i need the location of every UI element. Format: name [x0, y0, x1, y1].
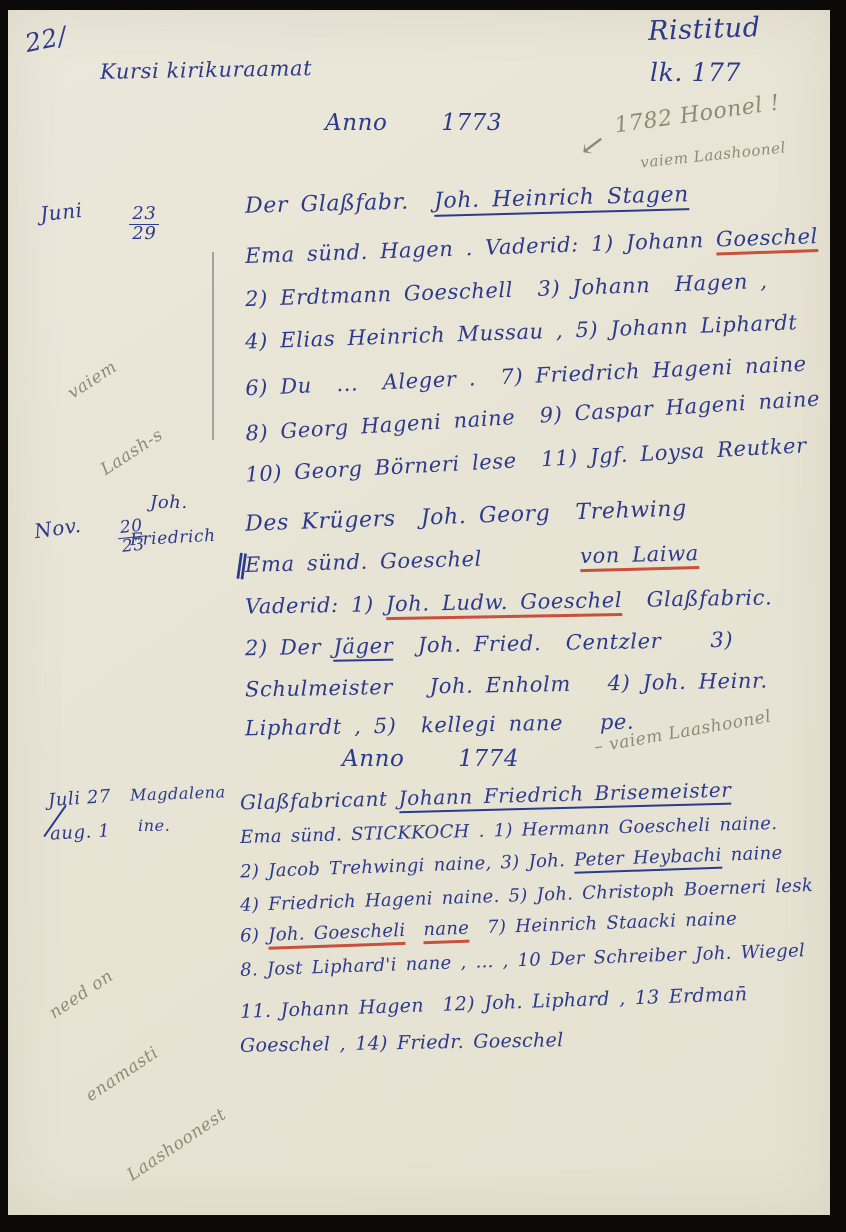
pencil-note-1782: 1782 Hoonel ! — [613, 91, 781, 139]
page-number-ref: lk. 177 — [650, 58, 741, 87]
red-underlined-word: nane — [423, 918, 470, 945]
margin-month-juni: Juni — [39, 198, 84, 226]
pencil-line: need on — [43, 953, 133, 1027]
underlined-word: Jäger — [333, 634, 393, 662]
red-underlined-name: Goeschel — [716, 224, 819, 256]
anno-1774-heading: Anno 1774 — [342, 746, 519, 772]
manuscript-page: 22/ Kursi kirikuraamat Ristitud lk. 177 … — [8, 10, 830, 1215]
entry3-line5: 6) Joh. Goescheli nane 7) Heinrich Staac… — [240, 908, 738, 946]
line-text: Der Glaßfabr. — [245, 189, 435, 219]
anno-1773-heading: Anno 1773 — [325, 110, 502, 136]
entry3-line8: Goeschel , 14) Friedr. Goeschel — [240, 1029, 564, 1057]
day-bottom: 29 — [132, 225, 156, 244]
red-underlined-name: Joh. Ludw. Goeschel — [386, 588, 623, 620]
line-text — [405, 919, 424, 941]
underlined-name: Joh. Heinrich Stagen — [434, 182, 690, 217]
entry1-line2: Ema sünd. Hagen . Vaderid: 1) Johann Goe… — [245, 224, 819, 268]
margin-name-friedrich: Friedrich — [130, 526, 217, 550]
pencil-line: vaiem — [63, 354, 125, 407]
line-text: Ema sünd. Goeschel — [245, 544, 581, 577]
margin-date-fraction-juni: 2329 — [104, 182, 159, 265]
margin-pencil-vaiem-laash: vaiem Laash-s — [33, 308, 198, 521]
entry1-line7: 10) Georg Börneri lese 11) Jgf. Loysa Re… — [245, 433, 808, 486]
underlined-name: Peter Heybachi — [574, 845, 722, 874]
margin-pencil-rule — [212, 252, 214, 440]
margin-month-nov: Nov. — [33, 513, 83, 543]
line-text: Joh. Fried. Centzler 3) — [393, 628, 733, 658]
line-text: Ema sünd. Hagen . Vaderid: 1) Johann — [245, 228, 717, 268]
margin-pencil-need-on-enamasti: need on enamasti Laashoonest — [0, 904, 267, 1232]
line-text: 6) — [240, 925, 269, 947]
margin-date-juli27: Juli 27 — [47, 786, 111, 811]
entry3-line7: 11. Johann Hagen 12) Joh. Liphard , 13 E… — [240, 983, 748, 1023]
entry2-line5: Schulmeister Joh. Enholm 4) Joh. Heinr. — [245, 668, 768, 701]
entry1-line3: 2) Erdtmann Goeschell 3) Johann Hagen , — [245, 269, 768, 311]
entry2-line4: 2) Der Jäger Joh. Fried. Centzler 3) — [245, 628, 734, 661]
underlined-name: Johann Friedrich Brisemeister — [398, 778, 731, 814]
line-text: 2) Der — [245, 635, 334, 661]
red-underlined-place: von Laiwa — [580, 541, 699, 572]
entry1-line4: 4) Elias Heinrich Mussau , 5) Johann Lip… — [245, 310, 798, 353]
entry3-line3: 2) Jacob Trehwingi naine, 3) Joh. Peter … — [240, 843, 783, 883]
margin-date-aug1: aug. 1 — [49, 820, 110, 844]
line-text: 2) Jacob Trehwingi naine, 3) Joh. — [240, 850, 575, 883]
margin-name-ine: ine. — [138, 816, 170, 835]
entry3-line1: Glaßfabricant Johann Friedrich Brisemeis… — [240, 778, 732, 815]
line-text: naine — [721, 843, 783, 866]
page-heading-ristitud: Ristitud — [647, 12, 761, 47]
entry1-line1: Der Glaßfabr. Joh. Heinrich Stagen — [245, 182, 689, 219]
arrow-down-left-icon: ↙ — [578, 126, 608, 164]
pencil-line: enamasti — [80, 1027, 184, 1110]
entry2-line1: Des Krügers Joh. Georg Trehwing — [245, 496, 688, 536]
day-top: 23 — [129, 205, 159, 225]
pencil-note-1782-sub: vaiem Laashoonel — [639, 138, 786, 171]
entry2-line2: Ema sünd. Goeschel von Laiwa — [245, 541, 699, 577]
line-text: Vaderid: 1) — [245, 592, 386, 618]
red-underlined-name: Joh. Goescheli — [268, 920, 406, 950]
line-text: Glaßfabric. — [622, 585, 773, 612]
line-text: Glaßfabricant — [240, 786, 399, 814]
book-title: Kursi kirikuraamat — [100, 56, 313, 84]
pencil-line: Laash-s — [96, 422, 169, 483]
entry3-line2: Ema sünd. STICKKOCH . 1) Hermann Goesche… — [240, 813, 778, 848]
pencil-line: Laashoonest — [121, 1101, 233, 1190]
entry2-line6: Liphardt , 5) kellegi nane pe. — [245, 710, 635, 741]
corner-number: 22/ — [22, 21, 69, 58]
margin-name-joh: Joh. — [150, 492, 188, 513]
entry2-line3: Vaderid: 1) Joh. Ludw. Goeschel Glaßfabr… — [245, 585, 773, 618]
line-text: 7) Heinrich Staacki naine — [469, 908, 738, 938]
margin-name-magdalena: Magdalena — [130, 782, 226, 804]
